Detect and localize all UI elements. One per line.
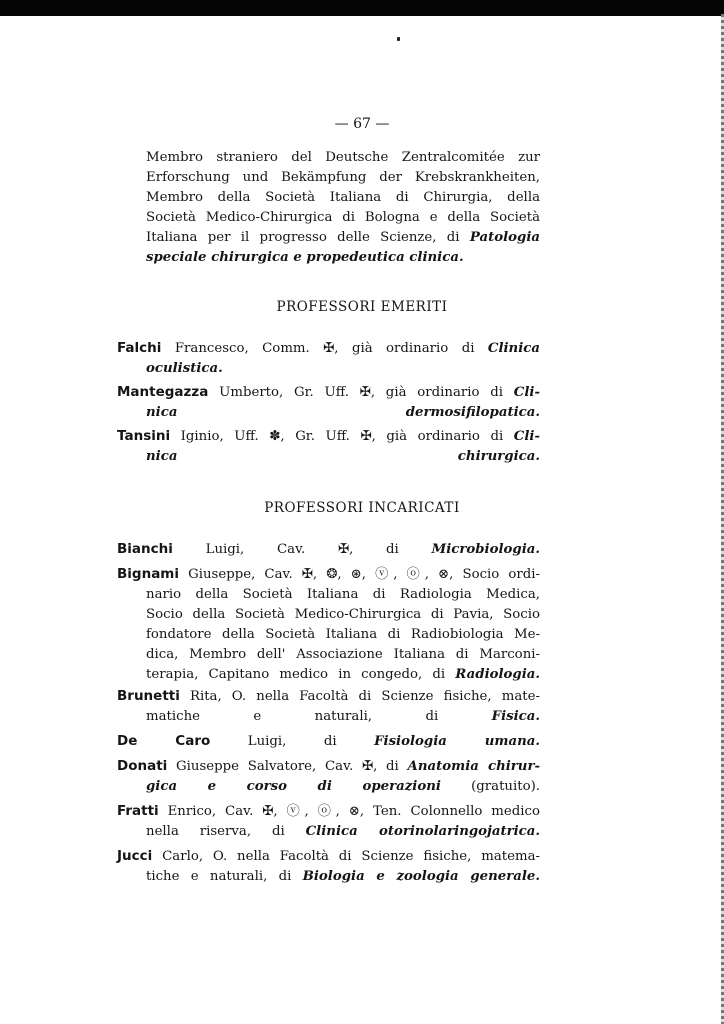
- text-line: Società Medico-Chirurgica di Bologna e d…: [146, 208, 540, 228]
- surname: Mantegazza: [117, 384, 208, 400]
- surname: Falchi: [117, 340, 161, 356]
- text-segment: Italiana per il progresso delle Scienze,…: [146, 230, 470, 245]
- text-line: Fratti Enrico, Cav. ✠, ⓥ, ⓞ, ⊗, Ten. Col…: [117, 801, 540, 822]
- text-segment: Iginio, Uff. ✽, Gr. Uff. ✠, già ordinari…: [170, 429, 514, 444]
- subject-italic: Anatomia chirur-: [408, 759, 540, 774]
- text-segment: Giuseppe, Cav. ✠, ❂, ⊛, ⓥ, ⓞ, ⊗, Socio o…: [179, 567, 540, 582]
- text-line: matiche e naturali, di Fisica.: [117, 707, 540, 727]
- subject-italic: Fisica.: [492, 709, 540, 724]
- text-line: Membro della Società Italiana di Chirurg…: [146, 188, 540, 208]
- subject-italic: Fisiologia umana.: [374, 734, 540, 749]
- text-line: nica chirurgica.: [117, 447, 540, 467]
- text-line: Bianchi Luigi, Cav. ✠, di Microbiologia.: [117, 539, 540, 560]
- intro-paragraph: Membro straniero del Deutsche Zentralcom…: [146, 148, 540, 268]
- page-number: — 67 —: [0, 116, 724, 132]
- text-segment: matiche e naturali, di: [146, 709, 492, 724]
- entry-tansini: Tansini Iginio, Uff. ✽, Gr. Uff. ✠, già …: [117, 426, 540, 467]
- text-line: Tansini Iginio, Uff. ✽, Gr. Uff. ✠, già …: [117, 426, 540, 447]
- text-line: Membro straniero del Deutsche Zentralcom…: [146, 148, 540, 168]
- text-line: Bignami Giuseppe, Cav. ✠, ❂, ⊛, ⓥ, ⓞ, ⊗,…: [117, 564, 540, 585]
- text-line: Mantegazza Umberto, Gr. Uff. ✠, già ordi…: [117, 382, 540, 403]
- subject-italic: Biologia e zoologia generale.: [303, 869, 540, 884]
- text-line: gica e corso di operazioni (gratuito).: [117, 777, 540, 797]
- text-line: Donati Giuseppe Salvatore, Cav. ✠, di An…: [117, 756, 540, 777]
- surname: Tansini: [117, 428, 170, 444]
- entry-bianchi: Bianchi Luigi, Cav. ✠, di Microbiologia.: [117, 539, 540, 560]
- entry-fratti: Fratti Enrico, Cav. ✠, ⓥ, ⓞ, ⊗, Ten. Col…: [117, 801, 540, 842]
- section-heading-emeriti: PROFESSORI EMERITI: [0, 299, 724, 315]
- surname: Bignami: [117, 566, 179, 582]
- text-segment: nella riserva, di: [146, 824, 306, 839]
- surname: Donati: [117, 758, 167, 774]
- text-segment: terapia, Capitano medico in congedo, di: [146, 667, 455, 682]
- text-segment: (gratuito).: [441, 779, 540, 794]
- text-line: terapia, Capitano medico in congedo, di …: [117, 665, 540, 685]
- subject-italic: Clinica: [488, 341, 540, 356]
- text-line: nario della Società Italiana di Radiolog…: [117, 585, 540, 605]
- text-line: Falchi Francesco, Comm. ✠, già ordinario…: [117, 338, 540, 359]
- subject-italic: Clinica otorinolaringojatrica.: [306, 824, 540, 839]
- surname: Fratti: [117, 803, 159, 819]
- text-line: oculistica.: [117, 359, 540, 379]
- scan-speck: [397, 37, 400, 41]
- subject-italic: Cli-: [514, 429, 540, 444]
- subject-italic: Microbiologia.: [432, 542, 540, 557]
- text-segment: Luigi, Cav. ✠, di: [173, 542, 432, 557]
- text-segment: Giuseppe Salvatore, Cav. ✠, di: [167, 759, 407, 774]
- text-segment: Luigi, di: [210, 734, 374, 749]
- text-line: tiche e naturali, di Biologia e zoologia…: [117, 867, 540, 887]
- surname: Bianchi: [117, 541, 173, 557]
- text-segment: Rita, O. nella Facoltà di Scienze fisich…: [180, 689, 540, 704]
- entry-brunetti: Brunetti Rita, O. nella Facoltà di Scien…: [117, 686, 540, 727]
- text-line: Brunetti Rita, O. nella Facoltà di Scien…: [117, 686, 540, 707]
- text-line: Jucci Carlo, O. nella Facoltà di Scienze…: [117, 846, 540, 867]
- subject-italic: gica e corso di operazioni: [146, 779, 441, 794]
- text-line: nica dermosifilopatica.: [117, 403, 540, 423]
- text-line: speciale chirurgica e propedeutica clini…: [146, 248, 540, 268]
- text-segment: tiche e naturali, di: [146, 869, 303, 884]
- entry-jucci: Jucci Carlo, O. nella Facoltà di Scienze…: [117, 846, 540, 887]
- entry-falchi: Falchi Francesco, Comm. ✠, già ordinario…: [117, 338, 540, 379]
- text-segment: Carlo, O. nella Facoltà di Scienze fisic…: [152, 849, 540, 864]
- subject-italic: Cli-: [514, 385, 540, 400]
- surname: Jucci: [117, 848, 152, 864]
- section-heading-incaricati: PROFESSORI INCARICATI: [0, 500, 724, 516]
- surname: Brunetti: [117, 688, 180, 704]
- surname: De Caro: [117, 733, 210, 749]
- text-line: Socio della Società Medico-Chirurgica di…: [117, 605, 540, 625]
- text-segment: Enrico, Cav. ✠, ⓥ, ⓞ, ⊗, Ten. Colonnello…: [159, 804, 540, 819]
- subject-italic: Patologia: [470, 230, 540, 245]
- text-line: fondatore della Società Italiana di Radi…: [117, 625, 540, 645]
- entry-donati: Donati Giuseppe Salvatore, Cav. ✠, di An…: [117, 756, 540, 797]
- text-line: Erforschung und Bekämpfung der Krebskran…: [146, 168, 540, 188]
- entry-mantegazza: Mantegazza Umberto, Gr. Uff. ✠, già ordi…: [117, 382, 540, 423]
- scan-top-border: [0, 0, 724, 16]
- text-segment: Francesco, Comm. ✠, già ordinario di: [161, 341, 487, 356]
- subject-italic: Radiologia.: [455, 667, 540, 682]
- text-line: Italiana per il progresso delle Scienze,…: [146, 228, 540, 248]
- text-line: De Caro Luigi, di Fisiologia umana.: [117, 731, 540, 752]
- entry-de-caro: De Caro Luigi, di Fisiologia umana.: [117, 731, 540, 752]
- text-segment: Umberto, Gr. Uff. ✠, già ordinario di: [208, 385, 513, 400]
- text-line: dica, Membro dell' Associazione Italiana…: [117, 645, 540, 665]
- entry-bignami: Bignami Giuseppe, Cav. ✠, ❂, ⊛, ⓥ, ⓞ, ⊗,…: [117, 564, 540, 685]
- text-line: nella riserva, di Clinica otorinolaringo…: [117, 822, 540, 842]
